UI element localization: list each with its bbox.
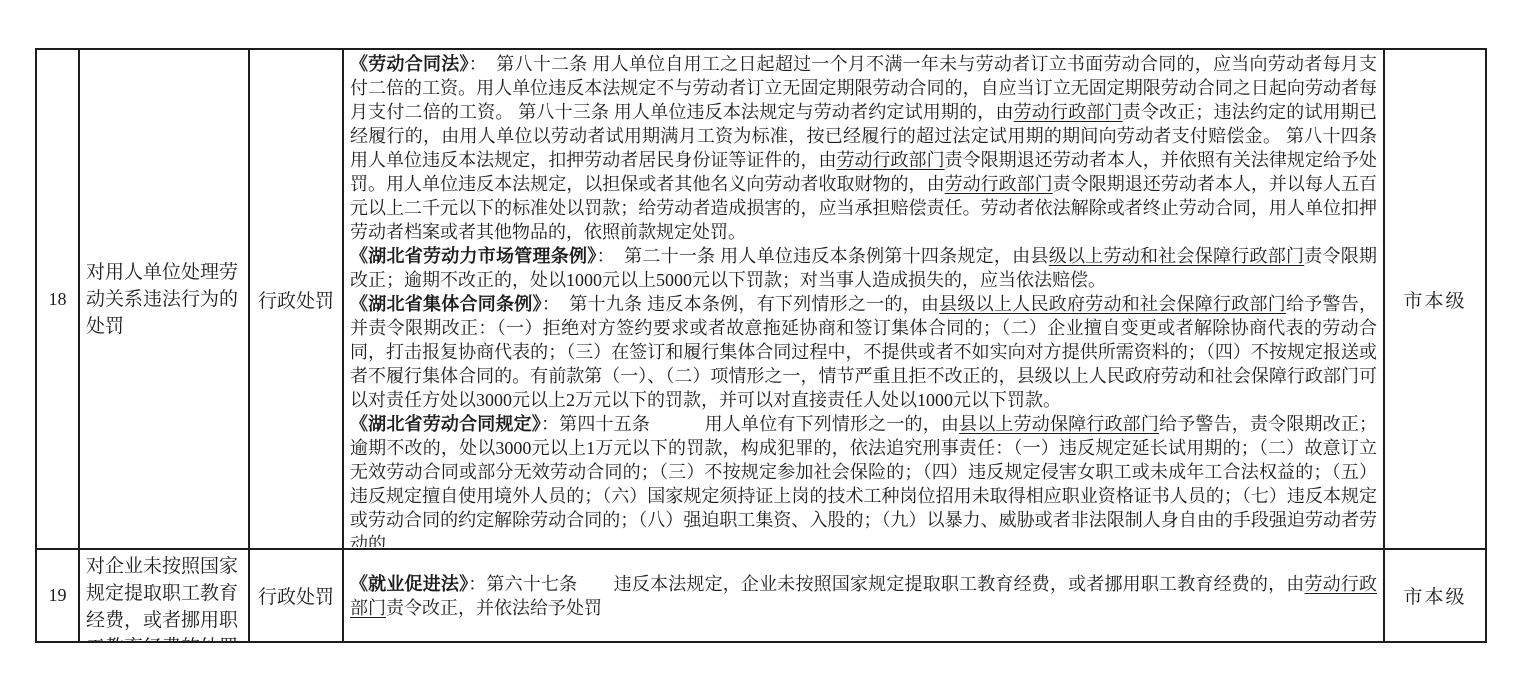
level-cell: 市本级 xyxy=(1384,49,1486,549)
table-row: 18 对用人单位处理劳动关系违法行为的处罚 行政处罚 《劳动合同法》： 第八十二… xyxy=(36,49,1486,549)
legal-basis-text: 《就业促进法》：第六十七条 违反本法规定，企业未按照国家规定提取职工教育经费，或… xyxy=(344,571,1383,620)
table-row: 19 对企业未按照国家规定提取职工教育经费，或者挪用职工教育经费的处罚 行政处罚… xyxy=(36,549,1486,642)
legal-basis-cell: 《就业促进法》：第六十七条 违反本法规定，企业未按照国家规定提取职工教育经费，或… xyxy=(343,549,1384,642)
row-number-cell: 18 xyxy=(36,49,79,549)
item-name: 对企业未按照国家规定提取职工教育经费，或者挪用职工教育经费的处罚 xyxy=(80,551,248,641)
item-name: 对用人单位处理劳动关系违法行为的处罚 xyxy=(80,259,248,340)
document-page: 18 对用人单位处理劳动关系违法行为的处罚 行政处罚 《劳动合同法》： 第八十二… xyxy=(0,0,1520,683)
penalty-type: 行政处罚 xyxy=(258,587,334,608)
row-number: 18 xyxy=(49,289,67,309)
level-value: 市本级 xyxy=(1403,587,1466,608)
legal-basis-text: 《劳动合同法》： 第八十二条 用人单位自用工之日起超过一个月不满一年未与劳动者订… xyxy=(344,51,1383,547)
penalty-type-cell: 行政处罚 xyxy=(249,49,343,549)
item-name-cell: 对用人单位处理劳动关系违法行为的处罚 xyxy=(79,49,249,549)
penalty-table: 18 对用人单位处理劳动关系违法行为的处罚 行政处罚 《劳动合同法》： 第八十二… xyxy=(35,48,1487,643)
level-cell: 市本级 xyxy=(1384,549,1486,642)
penalty-type: 行政处罚 xyxy=(258,291,334,312)
row-number-cell: 19 xyxy=(36,549,79,642)
item-name-cell: 对企业未按照国家规定提取职工教育经费，或者挪用职工教育经费的处罚 xyxy=(79,549,249,642)
row-number: 19 xyxy=(49,585,67,605)
level-value: 市本级 xyxy=(1403,291,1466,312)
legal-basis-cell: 《劳动合同法》： 第八十二条 用人单位自用工之日起超过一个月不满一年未与劳动者订… xyxy=(343,49,1384,549)
penalty-type-cell: 行政处罚 xyxy=(249,549,343,642)
